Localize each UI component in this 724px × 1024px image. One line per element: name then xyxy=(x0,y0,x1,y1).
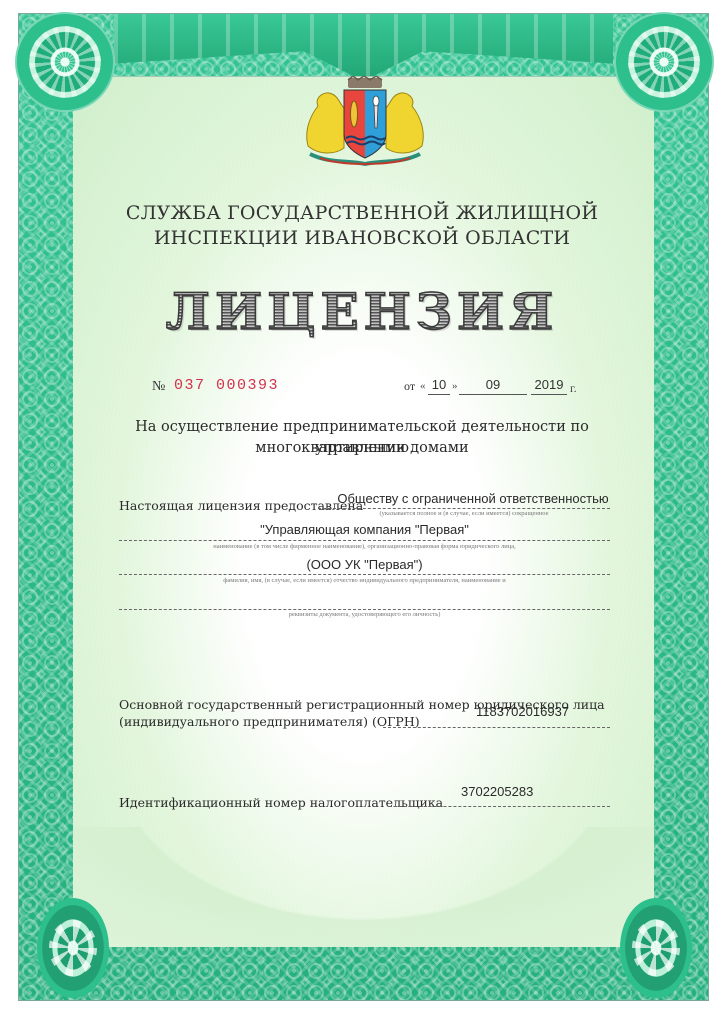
inn-value: 3702205283 xyxy=(461,784,581,799)
granted-to-value-line-3: (ООО УК "Первая") xyxy=(119,557,610,572)
granted-line-2-rule xyxy=(119,540,610,541)
inn-label: Идентификационный номер налогоплательщик… xyxy=(119,795,443,810)
date-month-field: 09 xyxy=(459,378,527,395)
granted-hint-2: наименование (в том числе фирменное наим… xyxy=(119,543,610,550)
granted-hint-4: реквизиты документа, удостоверяющего его… xyxy=(119,611,610,618)
granted-to-value-line-2: "Управляющая компания "Первая" xyxy=(119,522,610,537)
coat-of-arms-icon xyxy=(300,76,430,166)
granted-to-value-line-1: Обществу с ограниченной ответственностью xyxy=(318,491,628,506)
granted-hint-3: фамилия, имя, (в случае, если имеется) о… xyxy=(119,577,610,584)
granted-line-3-rule xyxy=(119,574,610,575)
agency-name-line-2: ИНСПЕКЦИИ ИВАНОВСКОЙ ОБЛАСТИ xyxy=(120,226,604,250)
granted-line-1-rule xyxy=(318,508,610,509)
activity-line-2: многоквартирными домами xyxy=(100,438,624,459)
license-number: 037 000393 xyxy=(174,377,279,394)
ogrn-value: 1183702016937 xyxy=(476,704,606,719)
date-quote-close: » xyxy=(452,380,458,392)
ogrn-rule xyxy=(383,727,610,728)
date-quote-open: « xyxy=(420,380,426,392)
agency-name-line-1: СЛУЖБА ГОСУДАРСТВЕННОЙ ЖИЛИЩНОЙ xyxy=(120,201,604,225)
granted-hint-1: (указывается полное и (в случае, если им… xyxy=(318,510,610,517)
ogrn-label-line-2: (индивидуального предпринимателя) (ОГРН) xyxy=(119,714,420,729)
date-day-field: 10 xyxy=(428,378,450,395)
date-suffix: г. xyxy=(570,381,577,396)
date-year-field: 2019 xyxy=(531,378,567,395)
granted-line-4-rule xyxy=(119,609,610,610)
document-title: ЛИЦЕНЗИЯ xyxy=(150,282,574,342)
date-prefix: от xyxy=(404,379,415,394)
number-sign: № xyxy=(152,379,165,395)
inn-rule xyxy=(389,806,610,807)
